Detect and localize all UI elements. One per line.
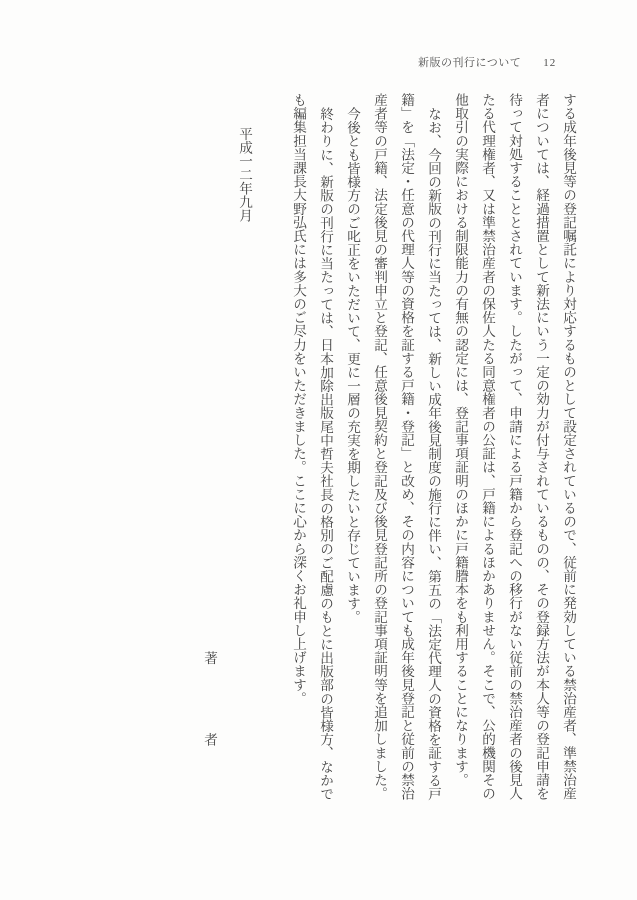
paragraph-new-edition-changes: なお、今回の新版の刊行に当たっては、新しい成年後見制度の施行に伴い、第五の「法定… [366,93,447,803]
paragraph-request-for-feedback: 今後とも皆様方のご叱正をいただいて、更に一層の充実を期したいと存じています。 [339,93,366,803]
date-line: 平成一二年九月 [231,93,258,803]
body-text: する成年後見等の登記嘱託により対応するものとして設定されているので、従前に発効し… [142,93,582,803]
paragraph-acknowledgements: 終わりに、新版の刊行に当たっては、日本加除出版尾中哲夫社長の格別のご配慮のもとに… [285,93,339,803]
paragraph-registration-transition: する成年後見等の登記嘱託により対応するものとして設定されているので、従前に発効し… [447,93,582,803]
page-number: 12 [543,57,556,69]
running-head: 新版の刊行について 12 [418,54,556,70]
author-signature: 著 者 [196,93,223,803]
book-page: 新版の刊行について 12 する成年後見等の登記嘱託により対応するものとして設定さ… [0,0,637,900]
running-head-title: 新版の刊行について [418,54,521,70]
